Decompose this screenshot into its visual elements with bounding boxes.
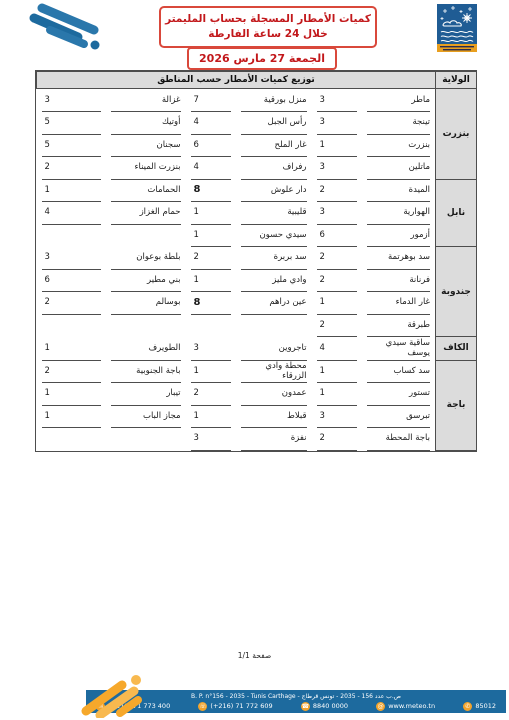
region-name-cell: أوتيك: [106, 112, 186, 135]
region-name-cell: بنزرت الميناء: [106, 157, 186, 180]
rain-value-cell: 2: [186, 383, 236, 406]
region-name: الميدة: [367, 179, 431, 203]
rain-value: 2: [42, 360, 101, 384]
rain-value-cell: 1: [37, 405, 106, 428]
region-name: بوسالم: [111, 291, 181, 315]
rain-value: 5: [42, 134, 101, 158]
rain-value-cell: 1: [37, 337, 106, 361]
rain-value-cell: 4: [312, 337, 362, 361]
table-row: طبرقة2: [37, 314, 477, 337]
region-name-cell: رفراف: [236, 157, 312, 180]
contact-item: ☎8840 0000: [301, 702, 348, 711]
rain-value-cell: 3: [186, 337, 236, 361]
rain-value: 6: [42, 269, 101, 293]
rain-value: 6: [317, 224, 357, 248]
inm-emblem: [437, 4, 477, 52]
region-name-cell: غزالة: [106, 89, 186, 112]
rain-value: 1: [317, 134, 357, 158]
rain-value-cell: 3: [312, 202, 362, 225]
region-name-cell: سد بوهرتمة: [362, 247, 436, 270]
meteo-logo-orange: [76, 673, 180, 718]
region-name: الحمامات: [111, 179, 181, 203]
wilaya-column-header: الولاية: [436, 72, 477, 89]
region-name-cell: سد كساب: [362, 360, 436, 383]
contact-text: www.meteo.tn: [388, 702, 435, 710]
region-name-cell: [106, 314, 186, 337]
region-name-cell: رأس الجبل: [236, 112, 312, 135]
region-name-cell: فرنانة: [362, 269, 436, 292]
region-name-cell: تاجروين: [236, 337, 312, 361]
region-name-cell: طبرقة: [362, 314, 436, 337]
rain-value: 2: [191, 382, 231, 406]
rain-value-cell: 1: [186, 360, 236, 383]
region-name: تستور: [367, 382, 431, 406]
region-name-cell: سيدي حسون: [236, 224, 312, 247]
report-title-line1: كميات الأمطار المسجلة بحساب المليمتر: [165, 12, 371, 27]
region-name-cell: بوسالم: [106, 292, 186, 315]
wilaya-cell: نابل: [436, 179, 477, 247]
region-name: تينجة: [367, 111, 431, 135]
rain-value-cell: 7: [186, 89, 236, 112]
rain-value: 8: [191, 179, 231, 203]
rain-value-cell: 4: [186, 157, 236, 180]
region-name-cell: الميدة: [362, 179, 436, 202]
rain-value-cell: [37, 224, 106, 247]
rain-value: 7: [191, 89, 231, 113]
contact-item: ☏(+216) 71 772 609: [198, 702, 272, 711]
rain-value: 1: [42, 382, 101, 406]
table-row: الهوارية3قليبية1حمام الغزاز4: [37, 202, 477, 225]
region-name-cell: أزمور: [362, 224, 436, 247]
meteo-tunisia-logo: [26, 3, 120, 53]
rain-value: 3: [317, 405, 357, 429]
rain-value-cell: [37, 428, 106, 451]
region-name: نفزة: [241, 427, 307, 451]
region-name-cell: بنزرت: [362, 134, 436, 157]
region-name: سجنان: [111, 134, 181, 158]
rain-value: 2: [42, 291, 101, 315]
region-name: طبرقة: [367, 314, 431, 338]
rain-value-cell: 5: [37, 112, 106, 135]
rain-value-cell: 6: [37, 269, 106, 292]
rain-value-cell: 2: [37, 157, 106, 180]
rain-value: 4: [317, 336, 357, 361]
region-name: وادي مليز: [241, 269, 307, 293]
regions-column-header: توزيع كميات الأمطار حسب المناطق: [37, 72, 436, 89]
region-name: أزمور: [367, 224, 431, 248]
table-row: باجة المحطة2نفزة3: [37, 428, 477, 451]
region-name: بني مطير: [111, 269, 181, 293]
table-row: فرنانة2وادي مليز1بني مطير6: [37, 269, 477, 292]
contact-text: 8840 0000: [313, 702, 348, 710]
rain-value: 2: [317, 269, 357, 293]
rain-value: 1: [42, 336, 101, 361]
rain-value: 1: [191, 360, 231, 384]
rainfall-table-wrap: الولاية توزيع كميات الأمطار حسب المناطق …: [35, 70, 477, 452]
region-name-cell: حمام الغزاز: [106, 202, 186, 225]
phone-icon: ☎: [301, 702, 310, 711]
fax-icon: ☏: [198, 702, 207, 711]
rain-value: 5: [42, 111, 101, 135]
table-row: أزمور6سيدي حسون1: [37, 224, 477, 247]
contact-text: 85012: [475, 702, 496, 710]
rain-value: 1: [191, 224, 231, 248]
rain-value-cell: 2: [37, 292, 106, 315]
table-header-row: الولاية توزيع كميات الأمطار حسب المناطق: [37, 72, 477, 89]
rain-value-cell: 2: [186, 247, 236, 270]
rain-value: 3: [42, 246, 101, 270]
region-name: تيبار: [111, 382, 181, 406]
region-name-cell: قبلاط: [236, 405, 312, 428]
rain-value-cell: 3: [312, 405, 362, 428]
region-name-cell: نفزة: [236, 428, 312, 451]
region-name: منزل بورقية: [241, 89, 307, 113]
page-number: صفحة 1/1: [0, 651, 509, 660]
rain-value-cell: 3: [312, 89, 362, 112]
report-date: الجمعة 27 مارس 2026: [187, 47, 337, 70]
rain-value-cell: 6: [186, 134, 236, 157]
rain-value: 8: [191, 291, 231, 315]
region-name: رأس الجبل: [241, 111, 307, 135]
sun-snowflake-icon: [462, 13, 472, 23]
rain-value-cell: 1: [37, 383, 106, 406]
rain-value-cell: 1: [312, 383, 362, 406]
table-row: غار الدماء1عين دراهم8بوسالم2: [37, 292, 477, 315]
rain-value: 1: [317, 291, 357, 315]
region-name: بنزرت: [367, 134, 431, 158]
rain-value: 3: [317, 111, 357, 135]
rain-value: 1: [191, 405, 231, 429]
rain-value-cell: 1: [312, 360, 362, 383]
rain-value: 2: [191, 246, 231, 270]
table-row: بنزرت1غار الملح6سجنان5: [37, 134, 477, 157]
rain-value-cell: 3: [312, 112, 362, 135]
rain-value-cell: 1: [186, 405, 236, 428]
rain-value-cell: 1: [37, 179, 106, 202]
rain-value-cell: 2: [312, 179, 362, 202]
rain-value-cell: 2: [312, 428, 362, 451]
region-name: تبرسق: [367, 405, 431, 429]
region-name-cell: غار الدماء: [362, 292, 436, 315]
region-name-cell: [106, 224, 186, 247]
region-name-cell: محطة وادي الزرقاء: [236, 360, 312, 383]
table-row: الكافساقية سيدي يوسف4تاجروين3الطويرف1: [37, 337, 477, 361]
region-name-cell: منزل بورقية: [236, 89, 312, 112]
region-name: قبلاط: [241, 405, 307, 429]
emblem-band: [437, 44, 477, 52]
rain-value-cell: 1: [312, 134, 362, 157]
logo-dot: [91, 41, 100, 50]
rain-value: 1: [191, 269, 231, 293]
region-name: بلطة بوعوان: [111, 246, 181, 270]
rain-value: 1: [42, 405, 101, 429]
region-name: أوتيك: [111, 111, 181, 135]
region-name: تاجروين: [241, 336, 307, 361]
rain-value-cell: 4: [186, 112, 236, 135]
table-row: جندوبةسد بوهرتمة2سد بربرة2بلطة بوعوان3: [37, 247, 477, 270]
rain-value: 2: [317, 246, 357, 270]
region-name-cell: تستور: [362, 383, 436, 406]
rain-value: 1: [317, 360, 357, 384]
region-name: محطة وادي الزرقاء: [241, 360, 307, 384]
rain-value-cell: 8: [186, 179, 236, 202]
region-name: ماتلين: [367, 156, 431, 180]
region-name: حمام الغزاز: [111, 201, 181, 225]
table-row: باجةسد كساب1محطة وادي الزرقاء1باجة الجنو…: [37, 360, 477, 383]
globe-icon: @: [376, 702, 385, 711]
region-name-cell: بني مطير: [106, 269, 186, 292]
region-name: باجة الجنوبية: [111, 360, 181, 384]
rainfall-bulletin-page: كميات الأمطار المسجلة بحساب المليمتر خلا…: [0, 0, 509, 720]
rain-value: 6: [191, 134, 231, 158]
region-name: قليبية: [241, 201, 307, 225]
region-name: الطويرف: [111, 336, 181, 361]
rain-value-cell: [37, 314, 106, 337]
region-name-cell: [236, 314, 312, 337]
region-name-cell: تينجة: [362, 112, 436, 135]
region-name: الهوارية: [367, 201, 431, 225]
contact-item: ✆85012: [463, 702, 496, 711]
region-name: ساقية سيدي يوسف: [367, 336, 431, 361]
region-name: باجة المحطة: [367, 427, 431, 451]
logo-dot: [131, 675, 141, 685]
rain-value: 1: [42, 179, 101, 203]
region-name: عمدون: [241, 382, 307, 406]
rain-value: 3: [42, 89, 101, 113]
rain-value-cell: 8: [186, 292, 236, 315]
rain-value-cell: 2: [312, 314, 362, 337]
report-title-line2: خلال 24 ساعة الفارطة: [208, 27, 327, 42]
rain-value: 1: [191, 201, 231, 225]
rain-value: 1: [317, 382, 357, 406]
wilaya-cell: بنزرت: [436, 89, 477, 180]
rain-value: 4: [42, 201, 101, 225]
region-name: مجاز الباب: [111, 405, 181, 429]
table-row: نابلالميدة2دار علوش8الحمامات1: [37, 179, 477, 202]
rain-value-cell: 1: [186, 224, 236, 247]
rain-value-cell: 6: [312, 224, 362, 247]
rain-value-cell: 3: [312, 157, 362, 180]
rain-value-cell: 2: [312, 247, 362, 270]
region-name: فرنانة: [367, 269, 431, 293]
region-name-cell: تبرسق: [362, 405, 436, 428]
rain-value-cell: 2: [37, 360, 106, 383]
region-name-cell: غار الملح: [236, 134, 312, 157]
rain-value: 3: [317, 156, 357, 180]
region-name-cell: ماطر: [362, 89, 436, 112]
table-row: ماتلين3رفراف4بنزرت الميناء2: [37, 157, 477, 180]
rain-value: 3: [317, 89, 357, 113]
rain-value-cell: 1: [186, 269, 236, 292]
region-name-cell: تيبار: [106, 383, 186, 406]
rain-value: 3: [191, 336, 231, 361]
sms-icon: ✆: [463, 702, 472, 711]
report-title-box: كميات الأمطار المسجلة بحساب المليمتر خلا…: [159, 6, 377, 48]
rain-value-cell: [186, 314, 236, 337]
region-name: عين دراهم: [241, 291, 307, 315]
region-name: سد بربرة: [241, 246, 307, 270]
rain-value-cell: 3: [37, 89, 106, 112]
table-row: بنزرتماطر3منزل بورقية7غزالة3: [37, 89, 477, 112]
rain-value-cell: 4: [37, 202, 106, 225]
rain-value: 2: [317, 427, 357, 451]
region-name: رفراف: [241, 156, 307, 180]
table-row: تستور1عمدون2تيبار1: [37, 383, 477, 406]
region-name: غار الدماء: [367, 291, 431, 315]
region-name: ماطر: [367, 89, 431, 113]
rain-value: 3: [317, 201, 357, 225]
rain-value-cell: 1: [186, 202, 236, 225]
rain-value: 4: [191, 156, 231, 180]
region-name-cell: ساقية سيدي يوسف: [362, 337, 436, 361]
region-name: سيدي حسون: [241, 224, 307, 248]
region-name-cell: الهوارية: [362, 202, 436, 225]
table-row: تبرسق3قبلاط1مجاز الباب1: [37, 405, 477, 428]
region-name-cell: وادي مليز: [236, 269, 312, 292]
rain-value-cell: 1: [312, 292, 362, 315]
wilaya-cell: الكاف: [436, 337, 477, 361]
region-name-cell: باجة الجنوبية: [106, 360, 186, 383]
region-name: سد كساب: [367, 360, 431, 384]
region-name-cell: الطويرف: [106, 337, 186, 361]
rain-value: 3: [191, 427, 231, 451]
region-name: بنزرت الميناء: [111, 156, 181, 180]
table-row: تينجة3رأس الجبل4أوتيك5: [37, 112, 477, 135]
region-name: غار الملح: [241, 134, 307, 158]
region-name-cell: الحمامات: [106, 179, 186, 202]
region-name-cell: سجنان: [106, 134, 186, 157]
wilaya-cell: جندوبة: [436, 247, 477, 337]
rain-value: 4: [191, 111, 231, 135]
region-name-cell: [106, 428, 186, 451]
region-name: دار علوش: [241, 179, 307, 203]
region-name-cell: سد بربرة: [236, 247, 312, 270]
region-name-cell: عمدون: [236, 383, 312, 406]
rain-value-cell: 5: [37, 134, 106, 157]
rain-value: 2: [42, 156, 101, 180]
region-name: غزالة: [111, 89, 181, 113]
rain-value-cell: 2: [312, 269, 362, 292]
rain-value-cell: 3: [37, 247, 106, 270]
region-name-cell: عين دراهم: [236, 292, 312, 315]
rainfall-table: الولاية توزيع كميات الأمطار حسب المناطق …: [36, 71, 477, 451]
region-name-cell: دار علوش: [236, 179, 312, 202]
wilaya-cell: باجة: [436, 360, 477, 450]
region-name-cell: بلطة بوعوان: [106, 247, 186, 270]
rain-value-cell: 3: [186, 428, 236, 451]
contact-item: @www.meteo.tn: [376, 702, 435, 711]
region-name-cell: قليبية: [236, 202, 312, 225]
region-name: سد بوهرتمة: [367, 246, 431, 270]
region-name-cell: ماتلين: [362, 157, 436, 180]
contact-text: (+216) 71 772 609: [210, 702, 272, 710]
region-name-cell: مجاز الباب: [106, 405, 186, 428]
rain-value: 2: [317, 314, 357, 338]
rain-value: 2: [317, 179, 357, 203]
region-name-cell: باجة المحطة: [362, 428, 436, 451]
